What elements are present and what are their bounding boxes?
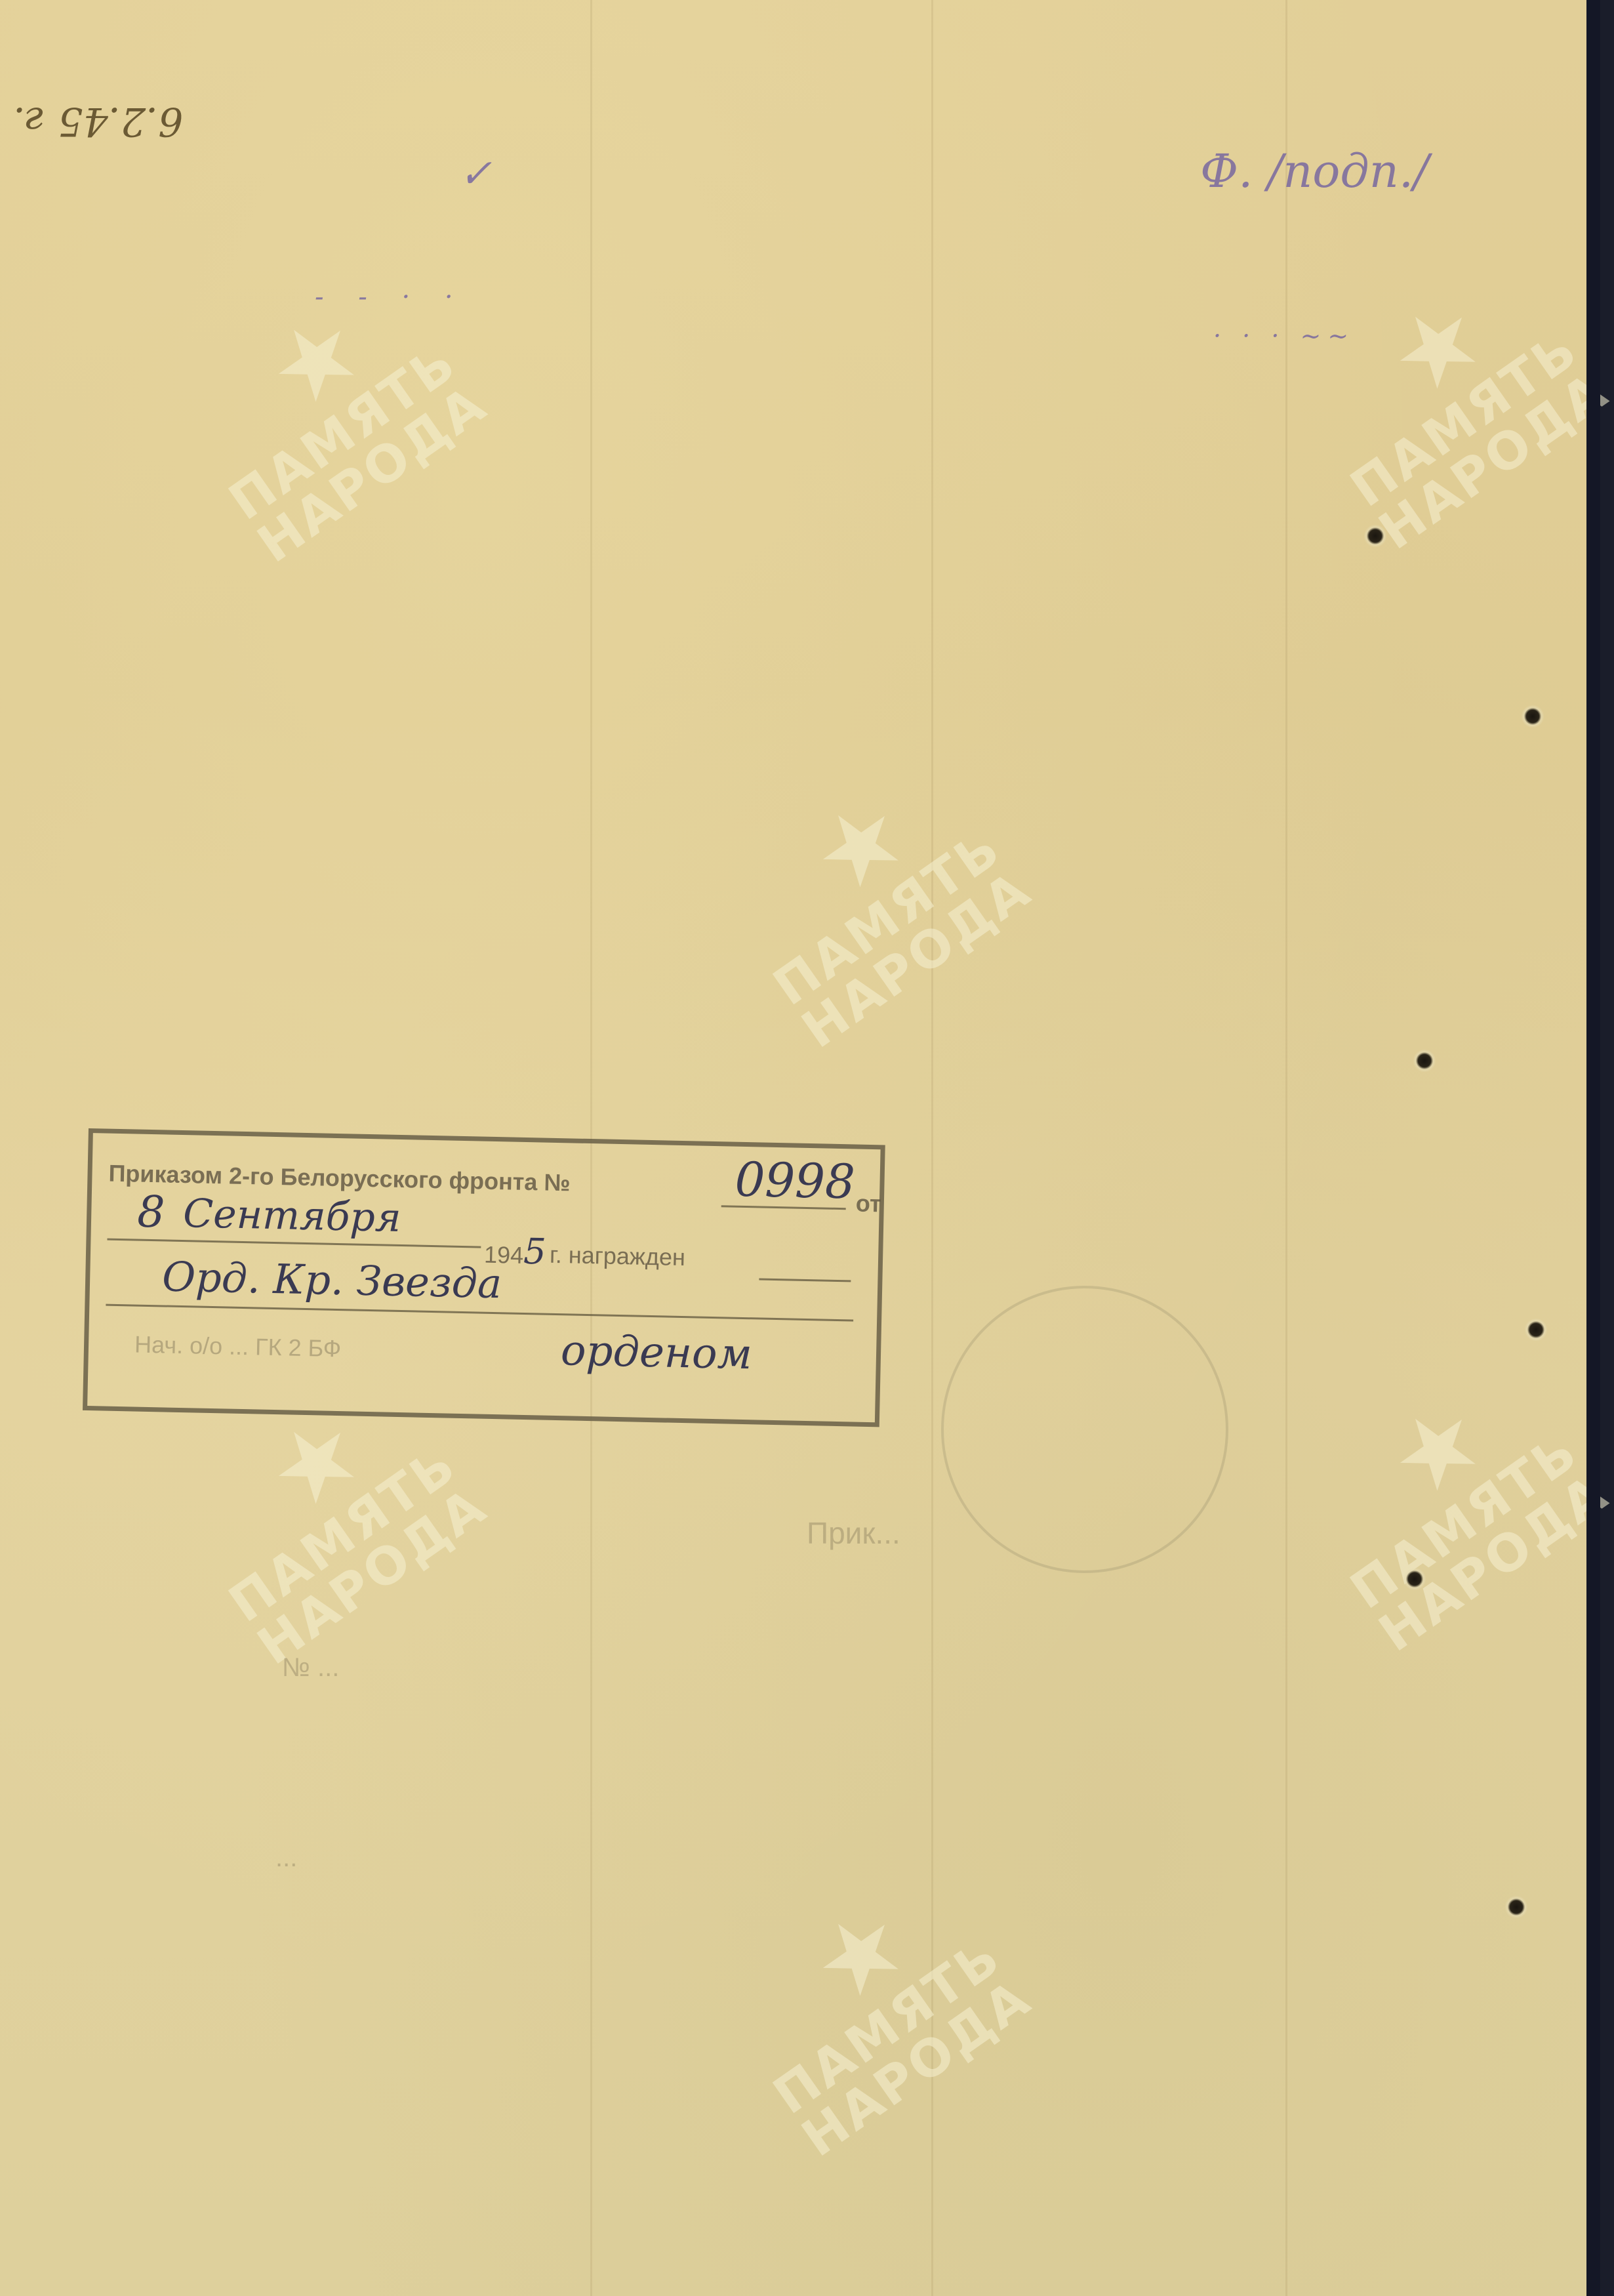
document-page: ★ ПАМЯТЬНАРОДА ★ ПАМЯТЬНАРОДА ★ ПАМЯТЬНА…: [0, 0, 1600, 2296]
faint-text: № ...: [282, 1653, 339, 1683]
underline: [759, 1278, 851, 1282]
punch-hole: [1505, 1896, 1527, 1918]
violet-dots: - - · ·: [315, 282, 466, 312]
punch-hole: [1525, 1319, 1547, 1341]
punch-hole: [1522, 705, 1544, 728]
faint-text: ...: [275, 1843, 297, 1873]
faint-stamp-line: Нач. о/о ... ГК 2 БФ: [134, 1331, 342, 1363]
faint-stamp-text: Прик...: [807, 1515, 900, 1551]
underline: [107, 1239, 481, 1248]
month-handwritten: Сентября: [183, 1191, 402, 1241]
stamp-header: Приказом 2-го Белорусского фронта №: [108, 1160, 571, 1197]
signature-handwritten: орденом: [560, 1326, 752, 1379]
day-handwritten: 8: [137, 1187, 166, 1238]
scan-edge: [1586, 0, 1600, 2296]
award-handwritten: Орд. Кр. Звезда: [162, 1252, 502, 1307]
violet-note-signature: Ф. /подп./: [1200, 144, 1429, 198]
pencil-note-date: 6.2.45 г.: [13, 98, 183, 144]
from-label: от: [855, 1190, 881, 1218]
violet-mark: ✓: [459, 151, 492, 197]
punch-hole: [1413, 1050, 1436, 1072]
order-number: 0998: [735, 1152, 856, 1210]
faint-round-seal: [941, 1286, 1228, 1573]
punch-hole: [1364, 525, 1386, 547]
violet-dots: · · · ∼∼: [1213, 321, 1355, 350]
watermark: ★ ПАМЯТЬНАРОДА: [1285, 242, 1614, 558]
year-handwritten: 5: [523, 1231, 547, 1273]
watermark: ★ ПАМЯТЬНАРОДА: [708, 1849, 1040, 2165]
punch-hole: [1403, 1568, 1426, 1590]
watermark: ★ ПАМЯТЬНАРОДА: [708, 741, 1040, 1057]
award-order-stamp: Приказом 2-го Белорусского фронта № 0998…: [83, 1128, 885, 1427]
watermark: ★ ПАМЯТЬНАРОДА: [1285, 1344, 1614, 1660]
year-suffix: г. награжден: [550, 1241, 686, 1271]
